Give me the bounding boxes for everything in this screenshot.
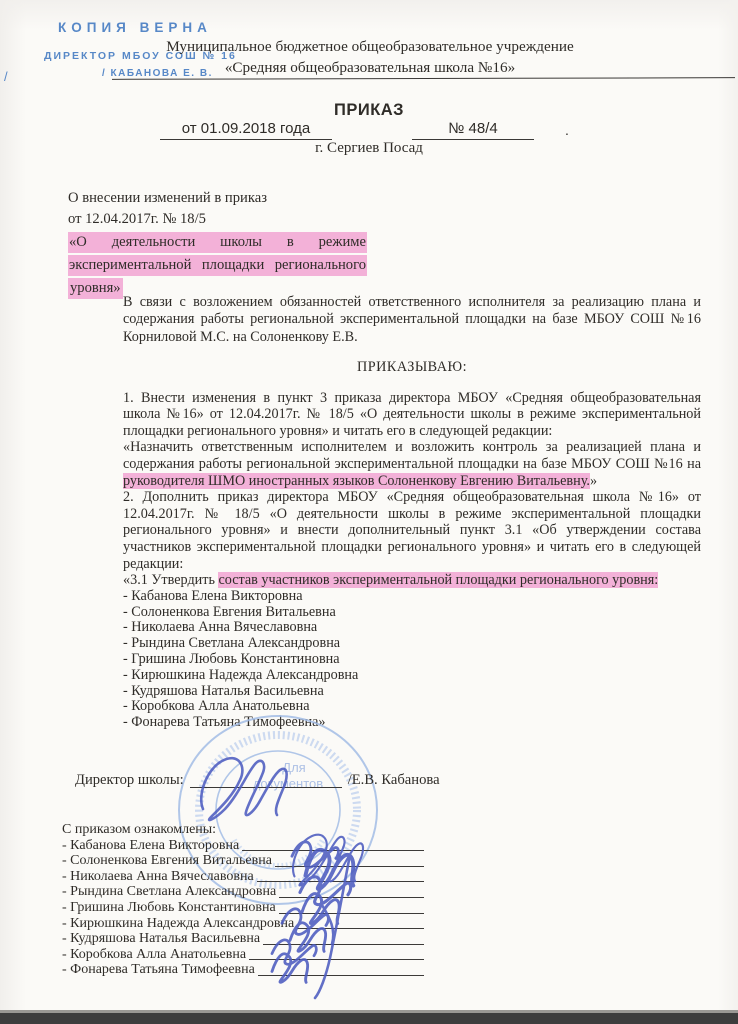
quote-prefix: «Назначить ответственным исполнителем и … xyxy=(123,439,701,472)
item-3-1-prefix: «3.1 Утвердить xyxy=(123,572,218,588)
ack-signature-line xyxy=(257,881,424,882)
ack-signature-line xyxy=(279,897,424,898)
participant-row: - Кудряшова Наталья Васильевна xyxy=(123,684,701,700)
participant-row: - Рындина Светлана Александровна xyxy=(123,636,701,652)
participant-row: - Солоненкова Евгения Витальевна xyxy=(123,605,701,621)
ack-row: - Гришина Любовь Константиновна xyxy=(62,900,424,916)
order-item-1: 1. Внести изменения в пункт 3 приказа ди… xyxy=(123,390,701,440)
order-subject: О внесении изменений в приказ от 12.04.2… xyxy=(68,188,367,299)
scanned-order-document: КОПИЯ ВЕРНА ДИРЕКТОР МБОУ СОШ № 16 / КАБ… xyxy=(0,0,738,1024)
ack-row: - Кирюшкина Надежда Александровна xyxy=(62,916,424,932)
order-item-2: 2. Дополнить приказ директора МБОУ «Сред… xyxy=(123,489,701,572)
order-body: В связи с возложением обязанностей ответ… xyxy=(123,294,701,731)
subject-line2: от 12.04.2017г. № 18/5 xyxy=(68,209,367,230)
ack-signature-line xyxy=(279,913,424,914)
order-dot-mark: . xyxy=(565,122,569,138)
director-name: /Е.В. Кабанова xyxy=(348,772,440,789)
order-date: от 01.09.2018 года xyxy=(160,120,332,140)
ack-signature-line xyxy=(297,928,424,929)
order-number: № 48/4 xyxy=(412,120,534,140)
ack-row: - Коробкова Алла Анатольевна xyxy=(62,947,424,963)
director-signature-line xyxy=(190,773,342,788)
quote-highlight: руководителя ШМО иностранных языков Соло… xyxy=(123,473,590,489)
ack-signature-line xyxy=(258,975,424,976)
subject-highlight-line3: уровня» xyxy=(68,278,123,299)
ack-signature-line xyxy=(275,866,424,867)
ack-row: - Кудряшова Наталья Васильевна xyxy=(62,931,424,947)
organization-header: Муниципальное бюджетное общеобразователь… xyxy=(120,36,620,78)
order-title: ПРИКАЗ xyxy=(0,101,738,120)
header-divider-line xyxy=(112,77,735,80)
copy-stamp-slash: / xyxy=(4,69,8,84)
scan-edge-bar xyxy=(0,1013,738,1024)
subject-highlight-line1: «О деятельности школы в режиме xyxy=(68,232,367,253)
order-city: г. Сергиев Посад xyxy=(0,140,738,157)
organization-name-line1: Муниципальное бюджетное общеобразователь… xyxy=(120,36,620,57)
ack-row: - Николаева Анна Вячеславовна xyxy=(62,869,424,885)
ack-row: - Кабанова Елена Викторовна xyxy=(62,838,424,854)
prikaz-word: ПРИКАЗЫВАЮ: xyxy=(123,359,701,376)
participant-row: - Кирюшкина Надежда Александровна xyxy=(123,668,701,684)
director-signature-row: Директор школы: /Е.В. Кабанова xyxy=(75,772,440,789)
participant-row: - Николаева Анна Вячеславовна xyxy=(123,620,701,636)
participant-row: - Гришина Любовь Константиновна xyxy=(123,652,701,668)
organization-name-line2: «Средняя общеобразовательная школа №16» xyxy=(120,57,620,78)
ack-signature-line xyxy=(249,959,424,960)
quote-suffix: » xyxy=(590,473,597,489)
order-item-3-1: «3.1 Утвердить состав участников экспери… xyxy=(123,572,701,589)
ack-row: - Фонарева Татьяна Тимофеевна xyxy=(62,962,424,978)
participant-row: - Кабанова Елена Викторовна xyxy=(123,589,701,605)
ack-signature-line xyxy=(263,944,424,945)
director-label: Директор школы: xyxy=(75,772,184,789)
intro-paragraph: В связи с возложением обязанностей ответ… xyxy=(123,294,701,346)
ack-signature-line xyxy=(242,850,424,851)
acknowledgement-label: С приказом ознакомлены: xyxy=(62,822,424,838)
copy-stamp-title: КОПИЯ ВЕРНА xyxy=(58,20,334,35)
participants-list: - Кабанова Елена Викторовна - Солоненков… xyxy=(123,589,701,731)
subject-line1: О внесении изменений в приказ xyxy=(68,188,367,209)
item-3-1-highlight: состав участников экспериментальной площ… xyxy=(218,572,658,588)
ack-row: - Солоненкова Евгения Витальевна xyxy=(62,853,424,869)
subject-highlight-line2: экспериментальной площадки регионального xyxy=(68,255,367,276)
order-item-1-quote: «Назначить ответственным исполнителем и … xyxy=(123,439,701,489)
acknowledgement-section: С приказом ознакомлены: - Кабанова Елена… xyxy=(62,822,424,978)
order-date-row: от 01.09.2018 года № 48/4 . xyxy=(0,120,738,142)
ack-row: - Рындина Светлана Александровна xyxy=(62,884,424,900)
